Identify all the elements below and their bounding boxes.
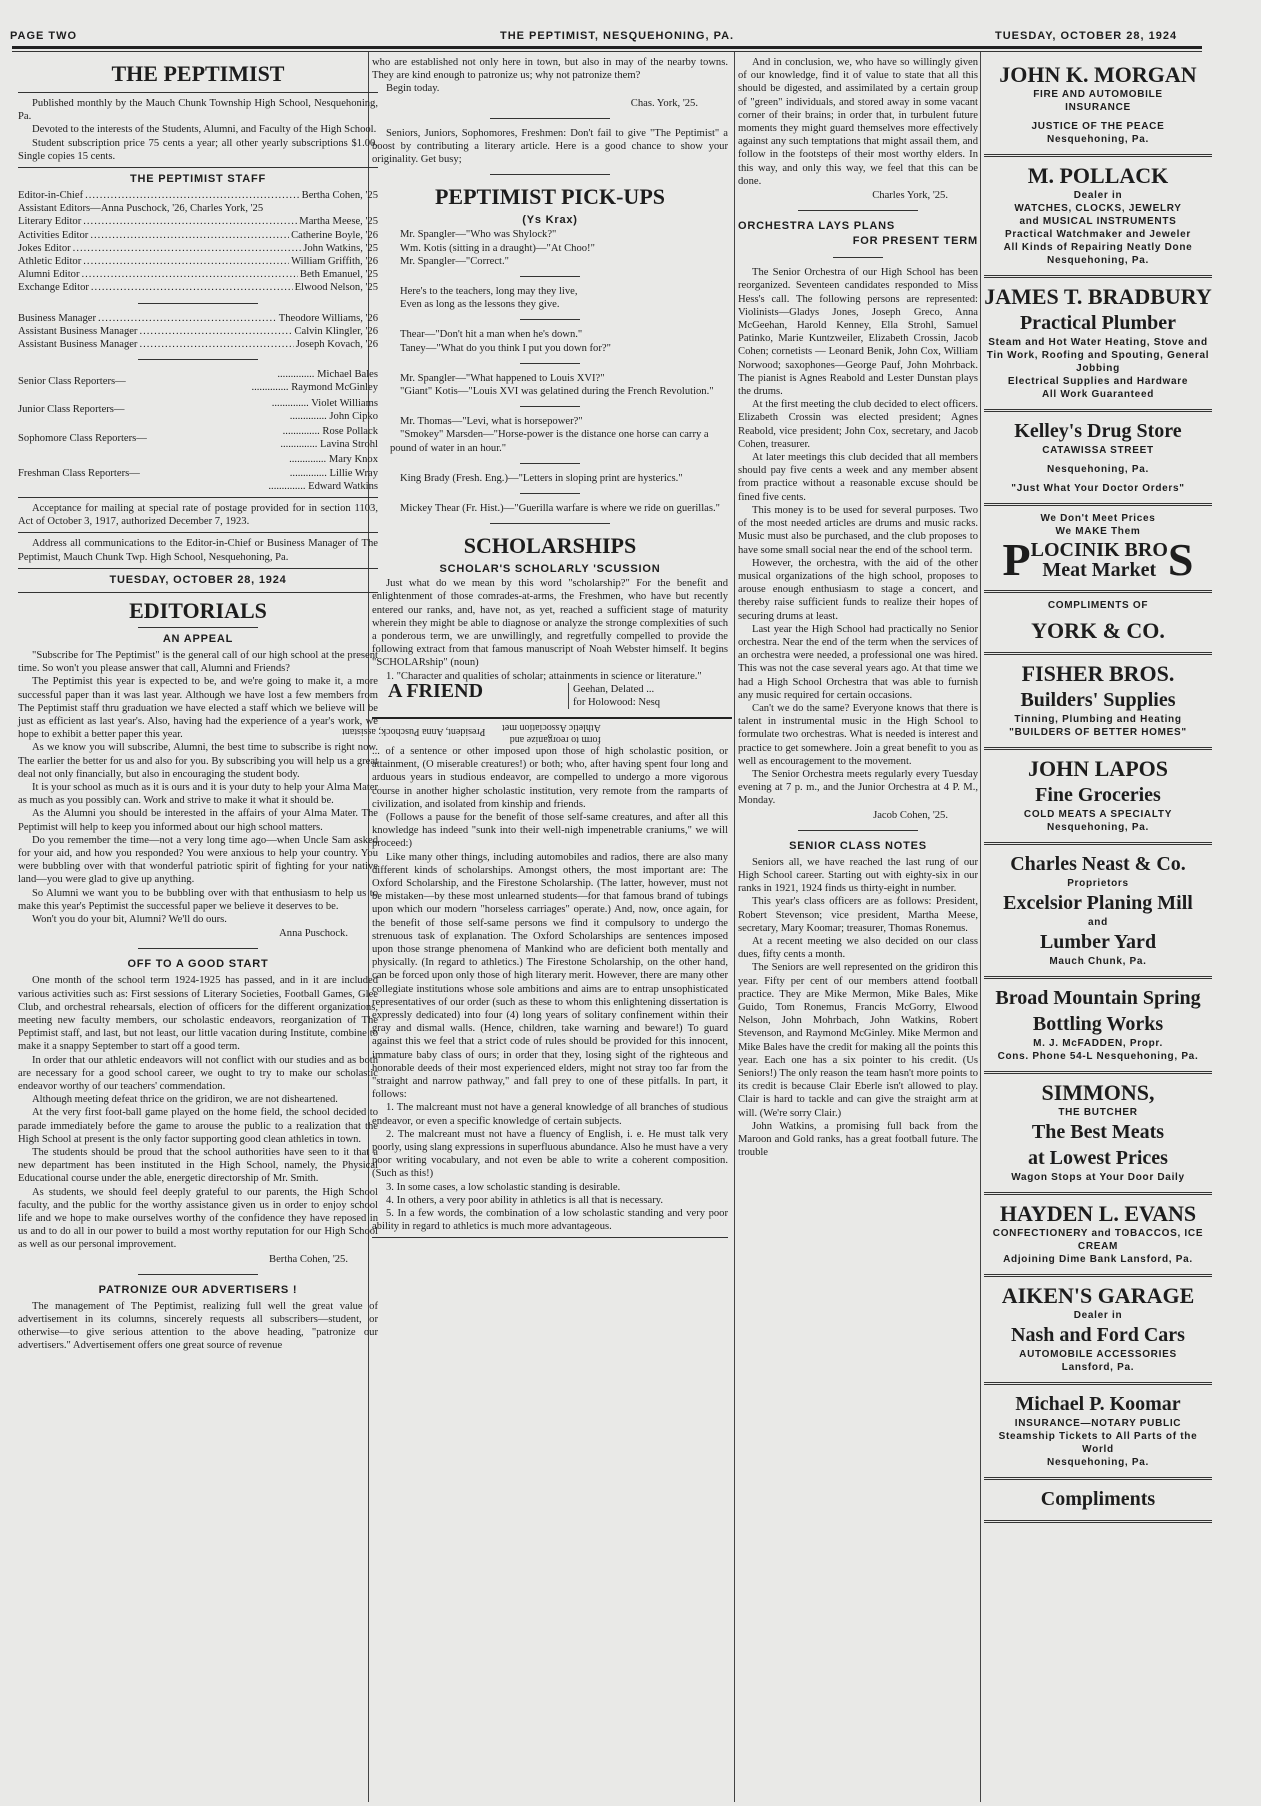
column-divider	[980, 52, 981, 1802]
staff-name: Joseph Kovach, '26	[296, 338, 378, 351]
pause-note: (Follows a pause for the benefit of thos…	[372, 811, 728, 851]
ad-detail: Adjoining Dime Bank Lansford, Pa.	[984, 1253, 1212, 1266]
senior-notes-heading: SENIOR CLASS NOTES	[738, 839, 978, 854]
issue-date: TUESDAY, OCTOBER 28, 1924	[995, 30, 1177, 42]
reporter-name: .............. Lavina Strohl	[147, 438, 378, 451]
ad-detail: Electrical Supplies and Hardware	[984, 375, 1212, 388]
ad-detail: Nesquehoning, Pa.	[984, 254, 1212, 267]
article-paragraph: Seniors all, we have reached the last ru…	[738, 856, 978, 896]
ad-name: Practical Plumber	[984, 310, 1212, 336]
scholarships-intro: Just what do we mean by this word "schol…	[372, 577, 728, 669]
business-staff-list: Business ManagerTheodore Williams, '26As…	[18, 312, 378, 352]
reporter-name: .............. Raymond McGinley	[126, 381, 378, 394]
staff-role: Athletic Editor	[18, 255, 81, 268]
reporter-group: Senior Class Reporters—.............. Mi…	[18, 368, 378, 394]
staff-name: John Watkins, '25	[303, 242, 378, 255]
good-start-heading: OFF TO A GOOD START	[18, 957, 378, 972]
ad-name: Bottling Works	[984, 1011, 1212, 1037]
scholarships-body: Like many other things, including automo…	[372, 851, 728, 1234]
ad-name: M. POLLACK	[984, 163, 1212, 189]
jacob-cohen-signature: Jacob Cohen, '25.	[738, 809, 978, 822]
begin-today: Begin today.	[372, 82, 728, 95]
advertisement: Charles Neast & Co.ProprietorsExcelsior …	[984, 845, 1212, 979]
article-paragraph: Like many other things, including automo…	[372, 851, 728, 1102]
ad-name: FISHER BROS.	[984, 661, 1212, 687]
leader-dots	[82, 268, 298, 281]
article-paragraph: So Alumni we want you to be bubbling ove…	[18, 887, 378, 913]
orchestra-article: The Senior Orchestra of our High School …	[738, 266, 978, 807]
leader-dots	[98, 312, 277, 325]
staff-name: Catherine Boyle, '26	[291, 229, 378, 242]
leader-dots	[139, 338, 293, 351]
article-paragraph: The Senior Orchestra meets regularly eve…	[738, 768, 978, 808]
article-paragraph: At later meetings this club decided that…	[738, 451, 978, 504]
advertisement: Compliments	[984, 1480, 1212, 1523]
ad-detail: Steam and Hot Water Heating, Stove and T…	[984, 336, 1212, 375]
ad-detail: AUTOMOBILE ACCESSORIES	[984, 1348, 1212, 1361]
clipping-fragment: Geehan, Delated ...	[573, 683, 660, 696]
article-paragraph: John Watkins, a promising full back from…	[738, 1120, 978, 1160]
scholarships-title: SCHOLARSHIPS	[372, 532, 728, 560]
reporter-names: .............. Violet Williams..........…	[125, 397, 378, 423]
ad-detail: and MUSICAL INSTRUMENTS	[984, 215, 1212, 228]
article-paragraph: 4. In others, a very poor ability in ath…	[372, 1194, 728, 1207]
article-paragraph: The Senior Orchestra of our High School …	[738, 266, 978, 398]
staff-role: Exchange Editor	[18, 281, 89, 294]
joke-line: Mr. Spangler—"Correct."	[390, 255, 728, 268]
joke-divider	[520, 276, 580, 277]
ad-detail: JUSTICE OF THE PEACE	[984, 120, 1212, 133]
ad-detail: "BUILDERS OF BETTER HOMES"	[984, 726, 1212, 739]
ad-name: Nash and Ford Cars	[984, 1322, 1212, 1348]
ad-name: Fine Groceries	[984, 782, 1212, 808]
ad-detail: and	[984, 916, 1212, 929]
ad-detail: Nesquehoning, Pa.	[984, 821, 1212, 834]
advertisements-column: JOHN K. MORGANFIRE AND AUTOMOBILEINSURAN…	[984, 56, 1212, 1523]
ad-name: JAMES T. BRADBURY	[984, 284, 1212, 310]
staff-heading: THE PEPTIMIST STAFF	[18, 172, 378, 187]
advertisement: JAMES T. BRADBURYPractical PlumberSteam …	[984, 278, 1212, 412]
ad-name-line: Meat Market	[1031, 560, 1168, 580]
advertisement: SIMMONS,THE BUTCHERThe Best Meatsat Lowe…	[984, 1074, 1212, 1195]
leader-dots	[73, 242, 302, 255]
ad-detail: CATAWISSA STREET	[984, 444, 1212, 457]
ad-detail: All Kinds of Repairing Neatly Done	[984, 241, 1212, 254]
joke-line: Even as long as the lessons they give.	[390, 298, 728, 311]
charles-york-signature: Charles York, '25.	[738, 189, 978, 202]
staff-role: Assistant Business Manager	[18, 338, 137, 351]
column-2: who are established not only here in tow…	[372, 56, 728, 1242]
article-paragraph: Can't we do the same? Everyone knows tha…	[738, 702, 978, 768]
reporter-name: .............. Lillie Wray	[140, 467, 378, 480]
joke-divider	[520, 406, 580, 407]
appeal-signature: Anna Puschock.	[18, 927, 378, 940]
friend-heading: A FRIEND	[388, 685, 483, 698]
staff-row: Jokes EditorJohn Watkins, '25	[18, 242, 378, 255]
staff-name: Beth Emanuel, '25	[300, 268, 378, 281]
reporter-names: .............. Rose Pollack.............…	[147, 425, 378, 451]
reporter-name: .............. Violet Williams	[125, 397, 378, 410]
ad-detail: INSURANCE—NOTARY PUBLIC	[984, 1417, 1212, 1430]
ad-name: SIMMONS,	[984, 1080, 1212, 1106]
staff-role: Assistant Business Manager	[18, 325, 137, 338]
ad-detail: FIRE AND AUTOMOBILE	[984, 88, 1212, 101]
column-1: THE PEPTIMIST Published monthly by the M…	[18, 56, 378, 1353]
article-paragraph: 3. In some cases, a low scholastic stand…	[372, 1181, 728, 1194]
scholarships-subtitle: SCHOLAR'S SCHOLARLY 'SCUSSION	[372, 562, 728, 577]
article-paragraph: "Subscribe for The Peptimist" is the gen…	[18, 649, 378, 675]
joke-divider	[520, 363, 580, 364]
joke-line: King Brady (Fresh. Eng.)—"Letters in slo…	[390, 472, 728, 485]
ad-detail: Lansford, Pa.	[984, 1361, 1212, 1374]
joke-line: Thear—"Don't hit a man when he's down."	[390, 328, 728, 341]
about-paragraph: Devoted to the interests of the Students…	[18, 123, 378, 136]
article-paragraph: It is your school as much as it is ours …	[18, 781, 378, 807]
masthead: PAGE TWO THE PEPTIMIST, NESQUEHONING, PA…	[0, 26, 1200, 46]
advertisement: M. POLLACKDealer inWATCHES, CLOCKS, JEWE…	[984, 157, 1212, 278]
advertisement: FISHER BROS.Builders' SuppliesTinning, P…	[984, 655, 1212, 750]
joke-divider	[520, 463, 580, 464]
article-paragraph: Do you remember the time—not a very long…	[18, 834, 378, 887]
advertisement: AIKEN'S GARAGEDealer inNash and Ford Car…	[984, 1277, 1212, 1385]
patronize-text: The management of The Peptimist, realizi…	[18, 1300, 378, 1353]
ad-detail: Steamship Tickets to All Parts of the Wo…	[984, 1430, 1212, 1456]
staff-role: Alumni Editor	[18, 268, 80, 281]
reporter-names: .............. Michael Bales............…	[126, 368, 378, 394]
joke-divider	[520, 493, 580, 494]
reporter-name: .............. Michael Bales	[126, 368, 378, 381]
page-number: PAGE TWO	[10, 30, 77, 42]
ad-detail: THE BUTCHER	[984, 1106, 1212, 1119]
ad-detail: Mauch Chunk, Pa.	[984, 955, 1212, 968]
staff-name: Bertha Cohen, '25	[302, 189, 378, 202]
ad-detail: CONFECTIONERY and TOBACCOS, ICE CREAM	[984, 1227, 1212, 1253]
top-rule	[12, 46, 1202, 49]
appeal-article: "Subscribe for The Peptimist" is the gen…	[18, 649, 378, 926]
ad-name: HAYDEN L. EVANS	[984, 1201, 1212, 1227]
advertisement: COMPLIMENTS OFYORK & CO.	[984, 593, 1212, 655]
staff-role: Literary Editor	[18, 215, 81, 228]
ad-name: LOCINIK BROMeat Market	[1031, 540, 1168, 580]
good-start-signature: Bertha Cohen, '25.	[18, 1253, 378, 1266]
article-paragraph: One month of the school term 1924-1925 h…	[18, 974, 378, 1053]
ad-detail: INSURANCE	[984, 101, 1212, 114]
ad-detail: WATCHES, CLOCKS, JEWELRY	[984, 202, 1212, 215]
ad-name: JOHN K. MORGAN	[984, 62, 1212, 88]
article-paragraph: As the Alumni you should be interested i…	[18, 807, 378, 833]
leader-dots	[91, 281, 293, 294]
reporter-name: .............. Mary Knox	[140, 453, 378, 466]
ad-detail: Proprietors	[984, 877, 1212, 890]
staff-role: Jokes Editor	[18, 242, 71, 255]
ad-detail: Dealer in	[984, 1309, 1212, 1322]
ad-detail: Nesquehoning, Pa.	[984, 133, 1212, 146]
ad-name: Lumber Yard	[984, 929, 1212, 955]
staff-name: William Griffith, '26	[291, 255, 378, 268]
joke-line: "Smokey" Marsden—"Horse-power is the dis…	[390, 428, 728, 454]
joke-line: Mr. Thomas—"Levi, what is horsepower?"	[390, 415, 728, 428]
advertisement: Broad Mountain SpringBottling WorksM. J.…	[984, 979, 1212, 1074]
ad-detail: "Just What Your Doctor Orders"	[984, 482, 1212, 495]
ad-detail: Wagon Stops at Your Door Daily	[984, 1171, 1212, 1184]
reporter-group: Junior Class Reporters—.............. Vi…	[18, 397, 378, 423]
reporter-group-label: Freshman Class Reporters—	[18, 467, 140, 480]
mirrored-text: form to reorganize and	[502, 733, 601, 745]
article-paragraph: The Peptimist this year is expected to b…	[18, 675, 378, 741]
staff-name: Calvin Klingler, '26	[294, 325, 378, 338]
staff-row: Business ManagerTheodore Williams, '26	[18, 312, 378, 325]
senior-notes-article: Seniors all, we have reached the last ru…	[738, 856, 978, 1160]
ad-detail: Nesquehoning, Pa.	[984, 463, 1212, 476]
jokes-list: Mr. Spangler—"Who was Shylock?"Wm. Kotis…	[372, 228, 728, 515]
ad-name: at Lowest Prices	[984, 1145, 1212, 1171]
article-paragraph: Last year the High School had practicall…	[738, 623, 978, 702]
staff-row: Alumni EditorBeth Emanuel, '25	[18, 268, 378, 281]
staff-row: Exchange EditorElwood Nelson, '25	[18, 281, 378, 294]
ad-detail: COMPLIMENTS OF	[984, 599, 1212, 612]
staff-role: Editor-in-Chief	[18, 189, 83, 202]
ad-name: The Best Meats	[984, 1119, 1212, 1145]
ad-name: Charles Neast & Co.	[984, 851, 1212, 877]
patronize-heading: PATRONIZE OUR ADVERTISERS !	[18, 1283, 378, 1298]
article-paragraph: 5. In a few words, the combination of a …	[372, 1207, 728, 1233]
staff-name: Martha Meese, '25	[299, 215, 378, 228]
staff-row: Activities EditorCatherine Boyle, '26	[18, 229, 378, 242]
staff-row: Editor-in-ChiefBertha Cohen, '25	[18, 189, 378, 202]
good-start-article: One month of the school term 1924-1925 h…	[18, 974, 378, 1251]
joke-line: "Giant" Kotis—"Louis XVI was gelatined d…	[390, 385, 728, 398]
reporter-names: .............. Mary Knox.............. L…	[140, 453, 378, 493]
york-signature: Chas. York, '25.	[372, 97, 728, 110]
continued-text: who are established not only here in tow…	[372, 56, 728, 82]
ad-detail: M. J. McFADDEN, Propr.	[984, 1037, 1212, 1050]
staff-role: Assistant Editors—Anna Puschock, '26, Ch…	[18, 202, 263, 215]
joke-line: Mr. Spangler—"What happened to Louis XVI…	[390, 372, 728, 385]
acceptance-notice: Acceptance for mailing at special rate o…	[18, 502, 378, 528]
ad-name: Broad Mountain Spring	[984, 985, 1212, 1011]
article-paragraph: As students, we should feel deeply grate…	[18, 1186, 378, 1252]
reporter-group-label: Junior Class Reporters—	[18, 403, 125, 416]
article-paragraph: 2. The malcreant must not have a fluency…	[372, 1128, 728, 1181]
staff-name: Elwood Nelson, '25	[295, 281, 378, 294]
staff-row: Assistant Business ManagerCalvin Klingle…	[18, 325, 378, 338]
joke-line: Mickey Thear (Fr. Hist.)—"Guerilla warfa…	[390, 502, 728, 515]
top-rule-thin	[12, 51, 1202, 52]
orchestra-heading-2: FOR PRESENT TERM	[738, 234, 978, 249]
ad-name: JOHN LAPOS	[984, 756, 1212, 782]
article-paragraph: The Seniors are well represented on the …	[738, 961, 978, 1119]
mirrored-text: President, Anna Puschock; assistant	[342, 725, 485, 738]
leader-dots	[85, 189, 300, 202]
reporter-group: Sophomore Class Reporters—..............…	[18, 425, 378, 451]
leader-dots	[83, 255, 289, 268]
ad-detail: All Work Guaranteed	[984, 388, 1212, 401]
definition-2: ... of a sentence or other imposed upon …	[372, 745, 728, 811]
appeal-heading: AN APPEAL	[18, 632, 378, 647]
staff-row: Literary EditorMartha Meese, '25	[18, 215, 378, 228]
pasted-clipping: A FRIEND Geehan, Delated ... for Holowoo…	[372, 683, 728, 745]
article-paragraph: 1. The malcreant must not have a general…	[372, 1101, 728, 1127]
leader-dots	[90, 229, 289, 242]
pickups-subtitle: (Ys Krax)	[372, 213, 728, 228]
staff-row: Assistant Business ManagerJoseph Kovach,…	[18, 338, 378, 351]
ad-detail: Tinning, Plumbing and Heating	[984, 713, 1212, 726]
leader-dots	[83, 215, 297, 228]
ad-detail: Nesquehoning, Pa.	[984, 1456, 1212, 1469]
address-notice: Address all communications to the Editor…	[18, 537, 378, 563]
class-reporters: Senior Class Reporters—.............. Mi…	[18, 368, 378, 493]
ad-name: AIKEN'S GARAGE	[984, 1283, 1212, 1309]
ad-name: Kelley's Drug Store	[984, 418, 1212, 444]
staff-row: Assistant Editors—Anna Puschock, '26, Ch…	[18, 202, 378, 215]
advertisement: Michael P. KoomarINSURANCE—NOTARY PUBLIC…	[984, 1385, 1212, 1480]
paper-title: THE PEPTIMIST	[18, 60, 378, 88]
editorials-title: EDITORIALS	[18, 597, 378, 625]
article-paragraph: The students should be proud that the sc…	[18, 1146, 378, 1186]
advertisement: Kelley's Drug StoreCATAWISSA STREETNesqu…	[984, 412, 1212, 506]
reporter-name: .............. Edward Watkins	[140, 480, 378, 493]
ad-detail: Dealer in	[984, 189, 1212, 202]
pickups-title: PEPTIMIST PICK-UPS	[372, 183, 728, 211]
contribute-notice: Seniors, Juniors, Sophomores, Freshmen: …	[372, 127, 728, 167]
leader-dots	[139, 325, 292, 338]
article-paragraph: Won't you do your bit, Alumni? We'll do …	[18, 913, 378, 926]
newspaper-page: PAGE TWO THE PEPTIMIST, NESQUEHONING, PA…	[0, 0, 1261, 1806]
article-paragraph: This money is to be used for several pur…	[738, 504, 978, 557]
article-paragraph: At the first meeting the club decided to…	[738, 398, 978, 451]
reporter-group: Freshman Class Reporters—.............. …	[18, 453, 378, 493]
advertisement: JOHN LAPOSFine GroceriesCOLD MEATS A SPE…	[984, 750, 1212, 845]
reporter-name: .............. John Cipko	[125, 410, 378, 423]
clipping-fragment: for Holowood: Nesq	[573, 696, 660, 709]
about-paragraph: Student subscription price 75 cents a ye…	[18, 137, 378, 163]
article-paragraph: At a recent meeting we also decided on o…	[738, 935, 978, 961]
ad-name: Michael P. Koomar	[984, 1391, 1212, 1417]
date-line: TUESDAY, OCTOBER 28, 1924	[18, 573, 378, 588]
paper-name: THE PEPTIMIST, NESQUEHONING, PA.	[500, 30, 734, 42]
staff-name: Theodore Williams, '26	[279, 312, 378, 325]
about-paragraph: Published monthly by the Mauch Chunk Tow…	[18, 97, 378, 123]
article-paragraph: Although meeting defeat thrice on the gr…	[18, 1093, 378, 1106]
staff-row: Athletic EditorWilliam Griffith, '26	[18, 255, 378, 268]
joke-line: Wm. Kotis (sitting in a draught)—"At Cho…	[390, 242, 728, 255]
mirrored-text: Athletic Association met	[502, 721, 601, 733]
ad-name-line: LOCINIK BRO	[1031, 540, 1168, 560]
ad-initial: P	[1003, 538, 1031, 582]
advertisement: JOHN K. MORGANFIRE AND AUTOMOBILEINSURAN…	[984, 56, 1212, 157]
column-3: And in conclusion, we, who have so willi…	[738, 56, 978, 1159]
ad-name: Builders' Supplies	[984, 687, 1212, 713]
ad-name: Compliments	[984, 1486, 1212, 1512]
ad-detail: COLD MEATS A SPECIALTY	[984, 808, 1212, 821]
article-paragraph: As we know you will subscribe, Alumni, t…	[18, 741, 378, 781]
article-paragraph: In order that our athletic endeavors wil…	[18, 1054, 378, 1094]
ad-detail: Cons. Phone 54-L Nesquehoning, Pa.	[984, 1050, 1212, 1063]
orchestra-heading-1: ORCHESTRA LAYS PLANS	[738, 219, 978, 234]
ad-detail: Practical Watchmaker and Jeweler	[984, 228, 1212, 241]
reporter-group-label: Senior Class Reporters—	[18, 375, 126, 388]
joke-line: Here's to the teachers, long may they li…	[390, 285, 728, 298]
joke-line: Mr. Spangler—"Who was Shylock?"	[390, 228, 728, 241]
article-paragraph: However, the orchestra, with the aid of …	[738, 557, 978, 623]
joke-divider	[520, 319, 580, 320]
ad-name: Excelsior Planing Mill	[984, 890, 1212, 916]
staff-list: Editor-in-ChiefBertha Cohen, '25Assistan…	[18, 189, 378, 295]
column-divider	[734, 52, 735, 1802]
joke-line: Taney—"What do you think I put you down …	[390, 342, 728, 355]
ad-logo: PLOCINIK BROMeat MarketS	[984, 538, 1212, 582]
reporter-name: .............. Rose Pollack	[147, 425, 378, 438]
staff-role: Business Manager	[18, 312, 96, 325]
advertisement: We Don't Meet PricesWe MAKE ThemPLOCINIK…	[984, 506, 1212, 593]
about-section: Published monthly by the Mauch Chunk Tow…	[18, 97, 378, 163]
ad-final: S	[1168, 538, 1194, 582]
ad-tagline: We Don't Meet Prices	[984, 512, 1212, 525]
conclusion-text: And in conclusion, we, who have so willi…	[738, 56, 978, 188]
staff-role: Activities Editor	[18, 229, 88, 242]
reporter-group-label: Sophomore Class Reporters—	[18, 432, 147, 445]
article-paragraph: At the very first foot-ball game played …	[18, 1106, 378, 1146]
ad-name: YORK & CO.	[984, 618, 1212, 644]
article-paragraph: This year's class officers are as follow…	[738, 895, 978, 935]
advertisement: HAYDEN L. EVANSCONFECTIONERY and TOBACCO…	[984, 1195, 1212, 1277]
